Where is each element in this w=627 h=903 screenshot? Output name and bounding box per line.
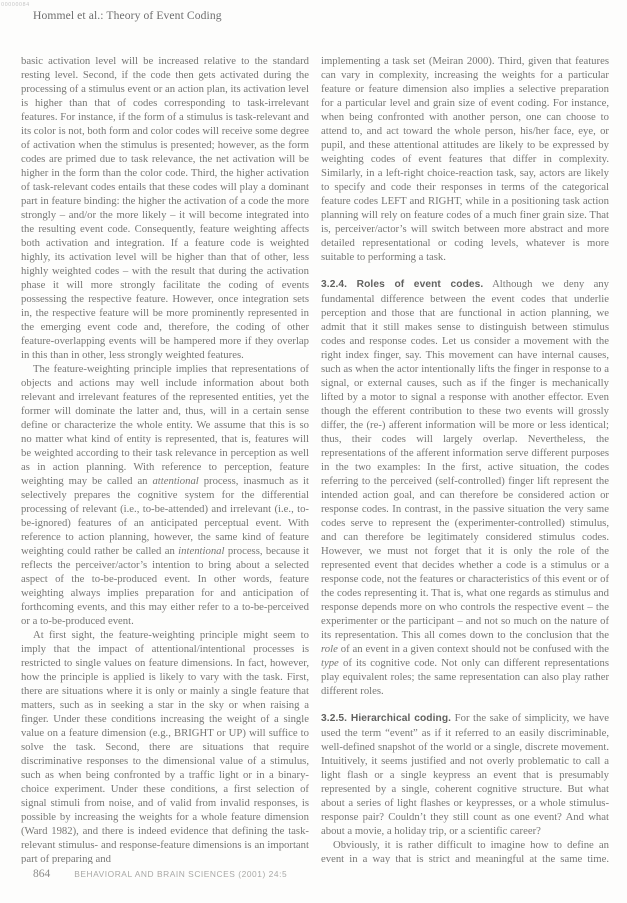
paragraph: The feature-weighting principle implies … (21, 362, 309, 628)
page-footer: 864 BEHAVIORAL AND BRAIN SCIENCES (2001)… (33, 868, 287, 880)
text-run: Although we deny any fundamental differe… (321, 278, 609, 641)
text-run: At first sight, the feature-weighting pr… (21, 629, 309, 864)
paragraph: implementing a task set (Meiran 2000). T… (321, 54, 609, 264)
text-run: role (321, 643, 338, 655)
section-heading: 3.2.5. Hierarchical coding. (321, 713, 451, 724)
text-run: of an event in a given context should no… (338, 643, 609, 655)
section-paragraph: 3.2.4. Roles of event codes. Although we… (321, 277, 609, 698)
paragraph: basic activation level will be increased… (21, 54, 309, 362)
paragraph: Obviously, it is rather difficult to ima… (321, 838, 609, 864)
running-head: Hommel et al.: Theory of Event Coding (33, 9, 222, 22)
text-run: The feature-weighting principle implies … (21, 363, 309, 487)
scanned-paper-page: 00000084 Hommel et al.: Theory of Event … (0, 0, 627, 903)
text-run: implementing a task set (Meiran 2000). T… (321, 55, 609, 263)
paragraph: At first sight, the feature-weighting pr… (21, 628, 309, 864)
text-run: intentional (178, 545, 224, 557)
section-heading: 3.2.4. Roles of event codes. (321, 279, 483, 290)
text-run: process, because it reflects the perceiv… (21, 545, 309, 627)
two-column-body: basic activation level will be increased… (21, 54, 609, 864)
column-left: basic activation level will be increased… (21, 54, 309, 864)
text-run: of its cognitive code. Not only can diff… (321, 657, 609, 697)
corner-scan-mark: 00000084 (1, 2, 30, 8)
text-run: For the sake of simplicity, we have used… (321, 712, 609, 837)
text-run: attentional (152, 475, 198, 487)
journal-line: BEHAVIORAL AND BRAIN SCIENCES (2001) 24:… (74, 869, 287, 879)
page-number: 864 (33, 868, 50, 880)
text-run: basic activation level will be increased… (21, 55, 309, 361)
text-run: type (321, 657, 339, 669)
column-right: implementing a task set (Meiran 2000). T… (321, 54, 609, 864)
section-paragraph: 3.2.5. Hierarchical coding. For the sake… (321, 711, 609, 838)
text-run: Obviously, it is rather difficult to ima… (321, 839, 609, 864)
